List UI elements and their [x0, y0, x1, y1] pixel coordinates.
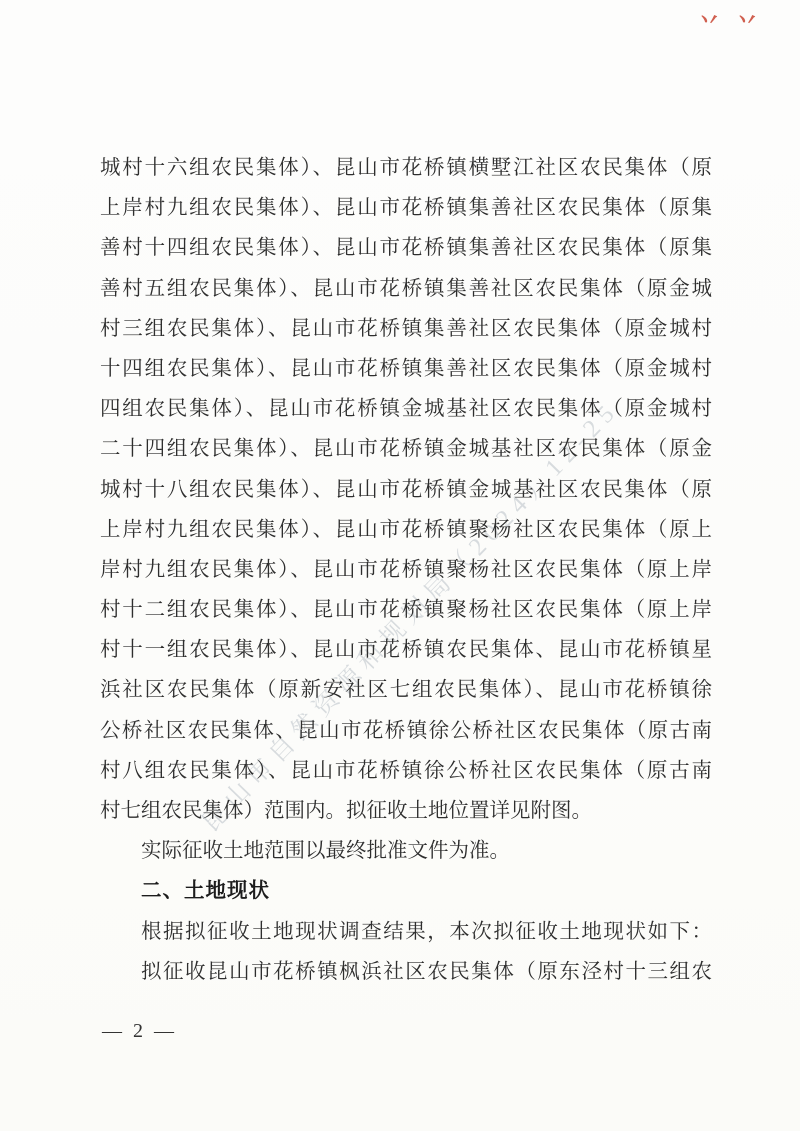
- text-line-13: 村十一组农民集体）、昆山市花桥镇农民集体、昆山市花桥镇星: [100, 630, 712, 670]
- document-page: 丷 丷 昆山市自然资源和规划局（2024）12-25 城村十六组农民集体）、昆山…: [0, 0, 800, 1131]
- document-body: 城村十六组农民集体）、昆山市花桥镇横墅江社区农民集体（原上岸村九组农民集体）、昆…: [100, 148, 712, 992]
- text-line-7: 四组农民集体）、昆山市花桥镇金城基社区农民集体（原金城村: [100, 389, 712, 429]
- red-stamp-fragment: 丷: [698, 8, 720, 34]
- text-line-8: 二十四组农民集体）、昆山市花桥镇金城基社区农民集体（原金: [100, 429, 712, 469]
- text-line-18: 实际征收土地范围以最终批准文件为准。: [100, 831, 712, 871]
- text-line-17: 村七组农民集体）范围内。拟征收土地位置详见附图。: [100, 791, 712, 831]
- text-line-21: 拟征收昆山市花桥镇枫浜社区农民集体（原东泾村十三组农: [100, 952, 712, 992]
- text-line-12: 村十二组农民集体）、昆山市花桥镇聚杨社区农民集体（原上岸: [100, 590, 712, 630]
- red-stamp-fragments: 丷 丷: [698, 8, 758, 34]
- text-line-3: 善村十四组农民集体）、昆山市花桥镇集善社区农民集体（原集: [100, 228, 712, 268]
- text-line-20: 根据拟征收土地现状调查结果，本次拟征收土地现状如下：: [100, 912, 712, 952]
- text-line-2: 上岸村九组农民集体）、昆山市花桥镇集善社区农民集体（原集: [100, 188, 712, 228]
- text-line-11: 岸村九组农民集体）、昆山市花桥镇聚杨社区农民集体（原上岸: [100, 550, 712, 590]
- page-number: — 2 —: [102, 1020, 177, 1043]
- text-line-16: 村八组农民集体）、昆山市花桥镇徐公桥社区农民集体（原古南: [100, 751, 712, 791]
- text-line-1: 城村十六组农民集体）、昆山市花桥镇横墅江社区农民集体（原: [100, 148, 712, 188]
- text-line-19: 二、土地现状: [100, 871, 712, 911]
- text-line-5: 村三组农民集体）、昆山市花桥镇集善社区农民集体（原金城村: [100, 309, 712, 349]
- red-stamp-fragment: 丷: [736, 8, 758, 34]
- text-line-14: 浜社区农民集体（原新安社区七组农民集体）、昆山市花桥镇徐: [100, 670, 712, 710]
- text-line-6: 十四组农民集体）、昆山市花桥镇集善社区农民集体（原金城村: [100, 349, 712, 389]
- text-line-4: 善村五组农民集体）、昆山市花桥镇集善社区农民集体（原金城: [100, 269, 712, 309]
- text-line-10: 上岸村九组农民集体）、昆山市花桥镇聚杨社区农民集体（原上: [100, 510, 712, 550]
- text-line-9: 城村十八组农民集体）、昆山市花桥镇金城基社区农民集体（原: [100, 470, 712, 510]
- text-line-15: 公桥社区农民集体、昆山市花桥镇徐公桥社区农民集体（原古南: [100, 711, 712, 751]
